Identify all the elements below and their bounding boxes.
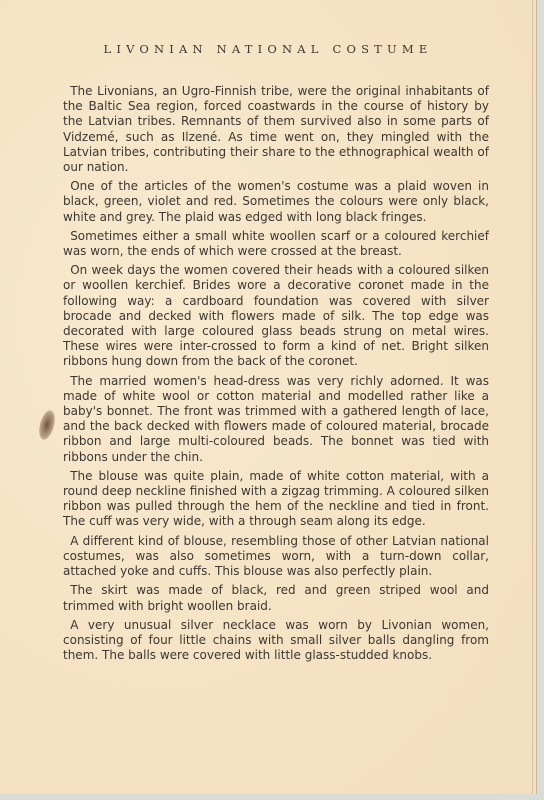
paragraph-blouse: The blouse was quite plain, made of whit… (63, 469, 489, 530)
page-title: LIVONIAN NATIONAL COSTUME (0, 42, 536, 56)
paragraph-head-dress: The married women's head-dress was very … (63, 374, 489, 465)
paragraph-plaid: One of the articles of the women's costu… (63, 179, 489, 225)
paper-stain (36, 409, 57, 442)
paragraph-other-blouse: A different kind of blouse, resembling t… (63, 534, 489, 580)
body-text: The Livonians, an Ugro-Finnish tribe, we… (63, 84, 489, 667)
paragraph-skirt: The skirt was made of black, red and gre… (63, 583, 489, 613)
paragraph-coronet: On week days the women covered their hea… (63, 263, 489, 369)
document-page: LIVONIAN NATIONAL COSTUME The Livonians,… (0, 0, 537, 794)
paragraph-necklace: A very unusual silver necklace was worn … (63, 618, 489, 664)
paragraph-livonians-origin: The Livonians, an Ugro-Finnish tribe, we… (63, 84, 489, 175)
paragraph-scarf: Sometimes either a small white woollen s… (63, 229, 489, 259)
